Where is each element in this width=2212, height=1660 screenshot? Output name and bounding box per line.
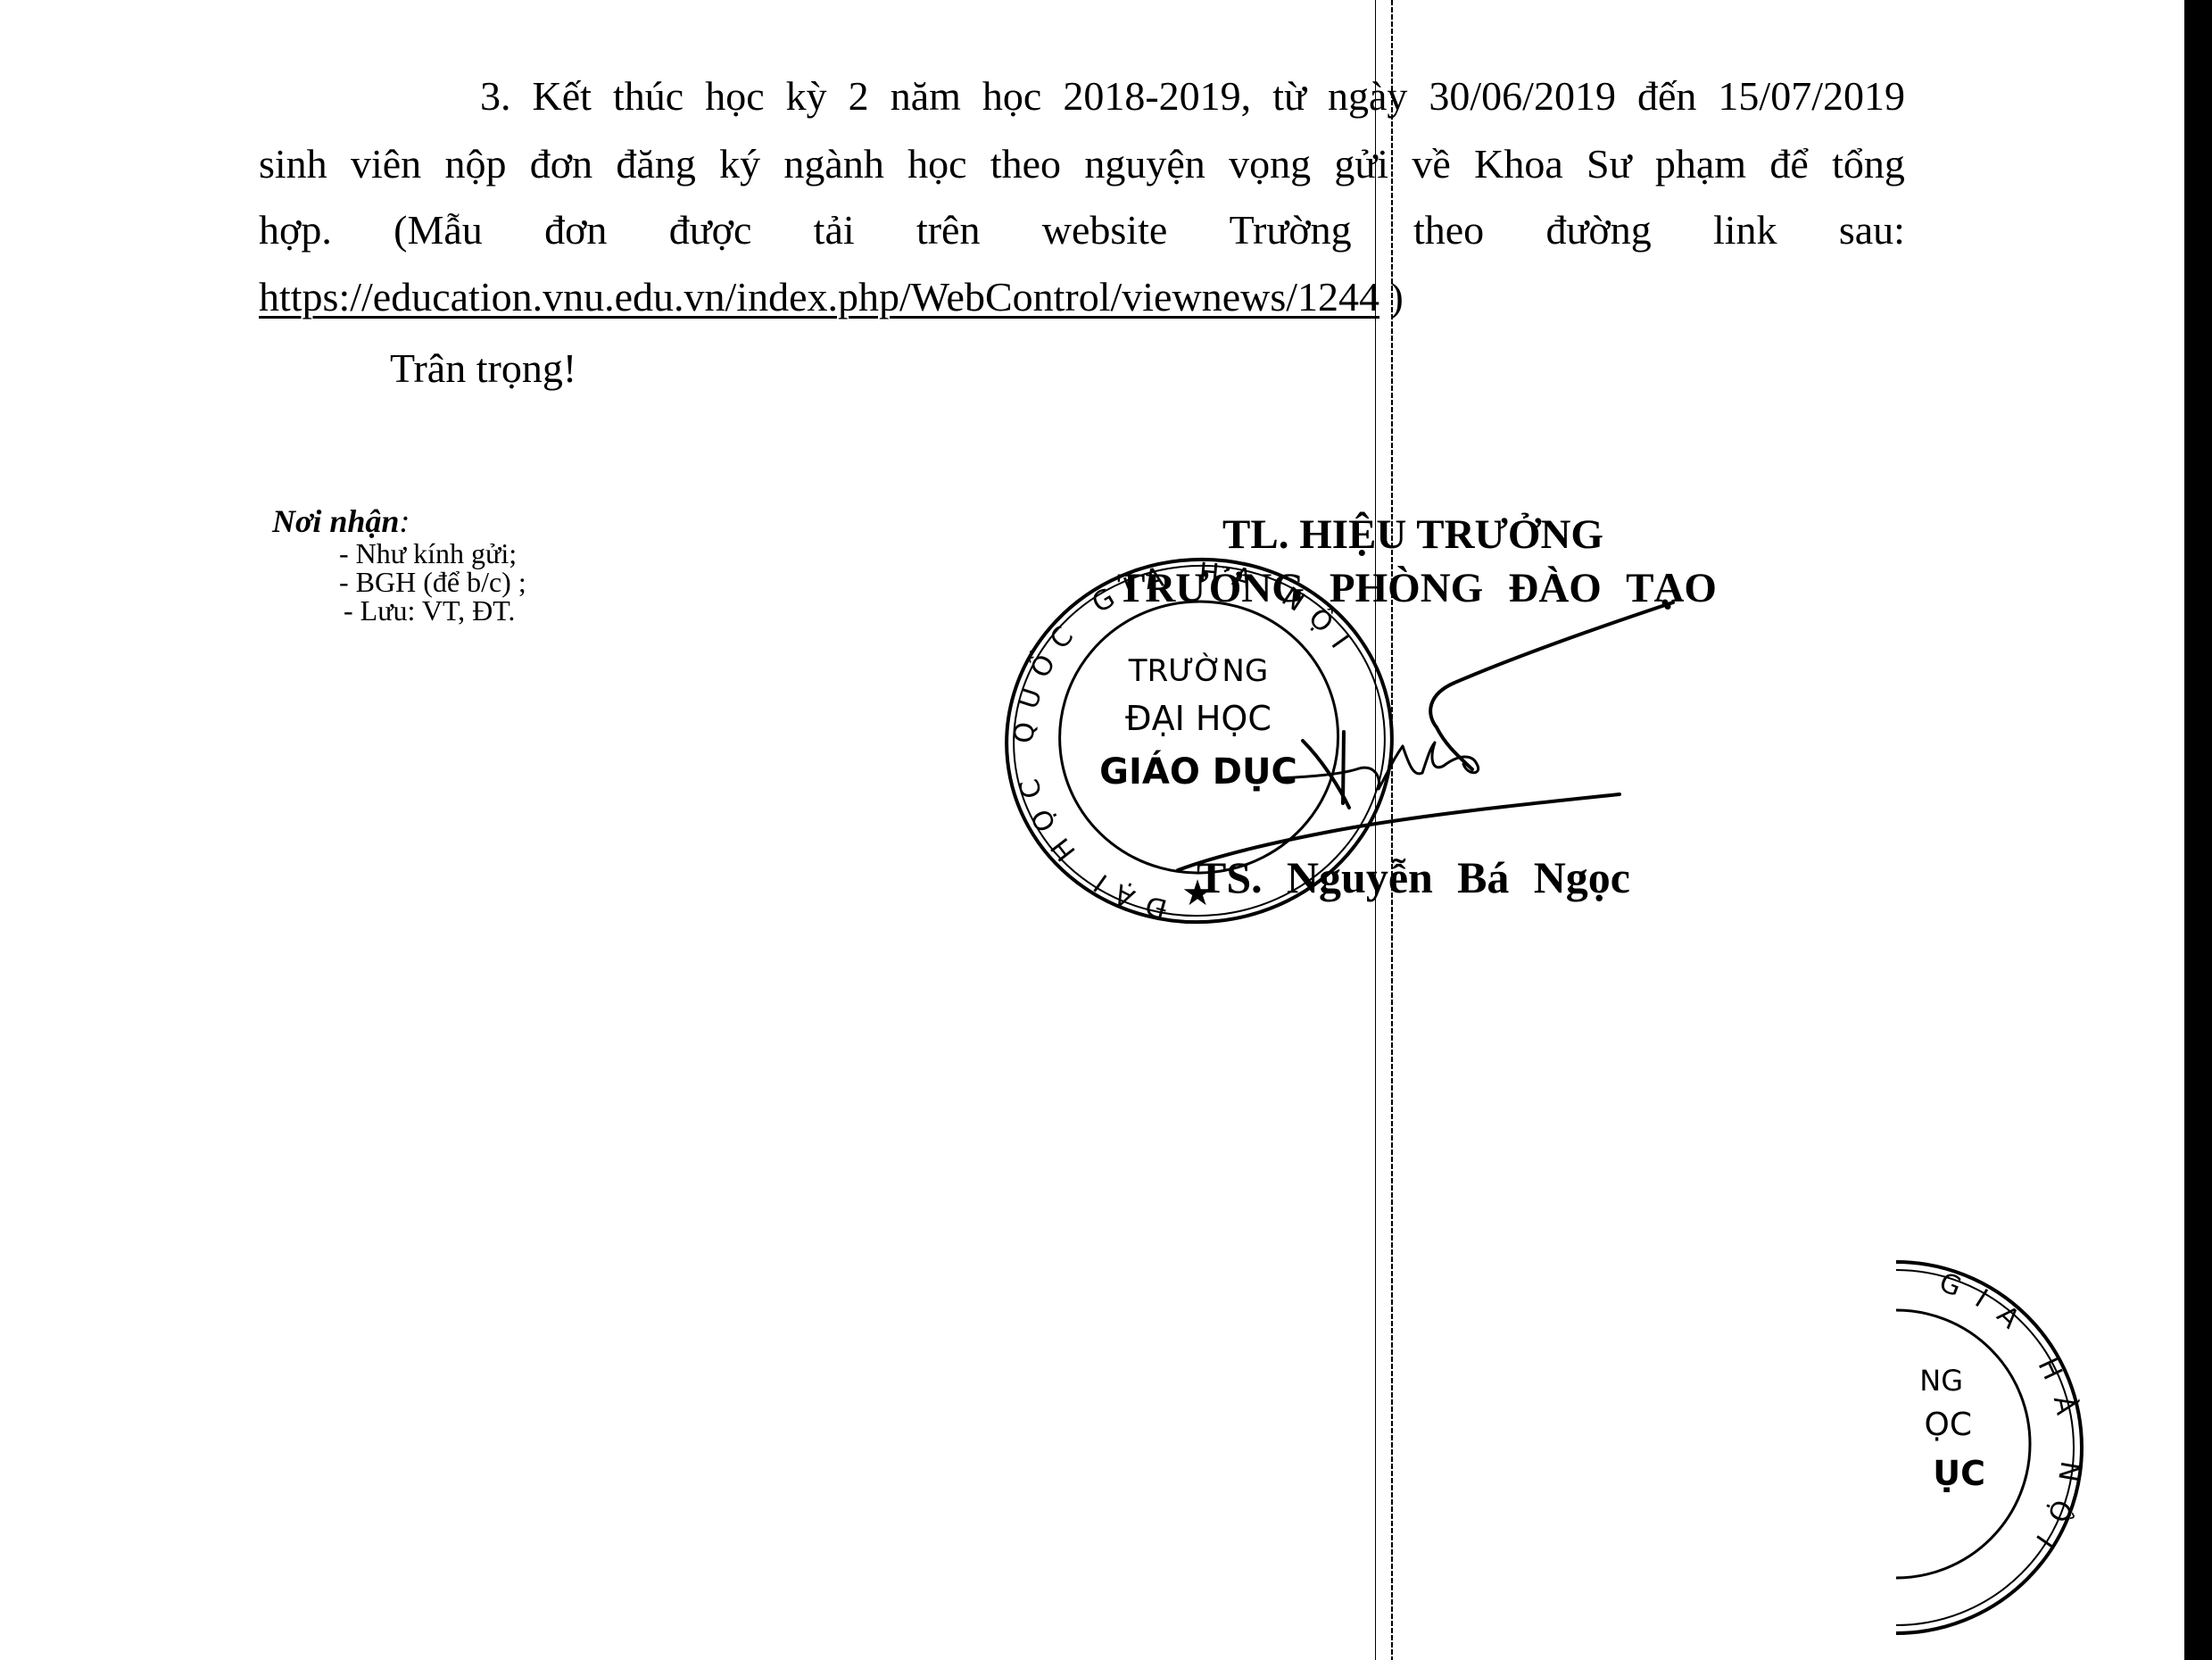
scan-artifact-line <box>1375 0 1376 1660</box>
partial-seal: GIA HÀ NỘI NG ỌC ỤC <box>0 0 2212 1660</box>
scan-edge-bar <box>2184 0 2212 1660</box>
scanned-document-page: 3. Kết thúc học kỳ 2 năm học 2018-2019, … <box>0 0 2212 1660</box>
svg-text:NG: NG <box>1919 1364 1963 1398</box>
svg-text:ỌC: ỌC <box>1925 1407 1972 1443</box>
scan-artifact-line <box>1391 0 1393 1660</box>
svg-text:ỤC: ỤC <box>1933 1454 1985 1493</box>
